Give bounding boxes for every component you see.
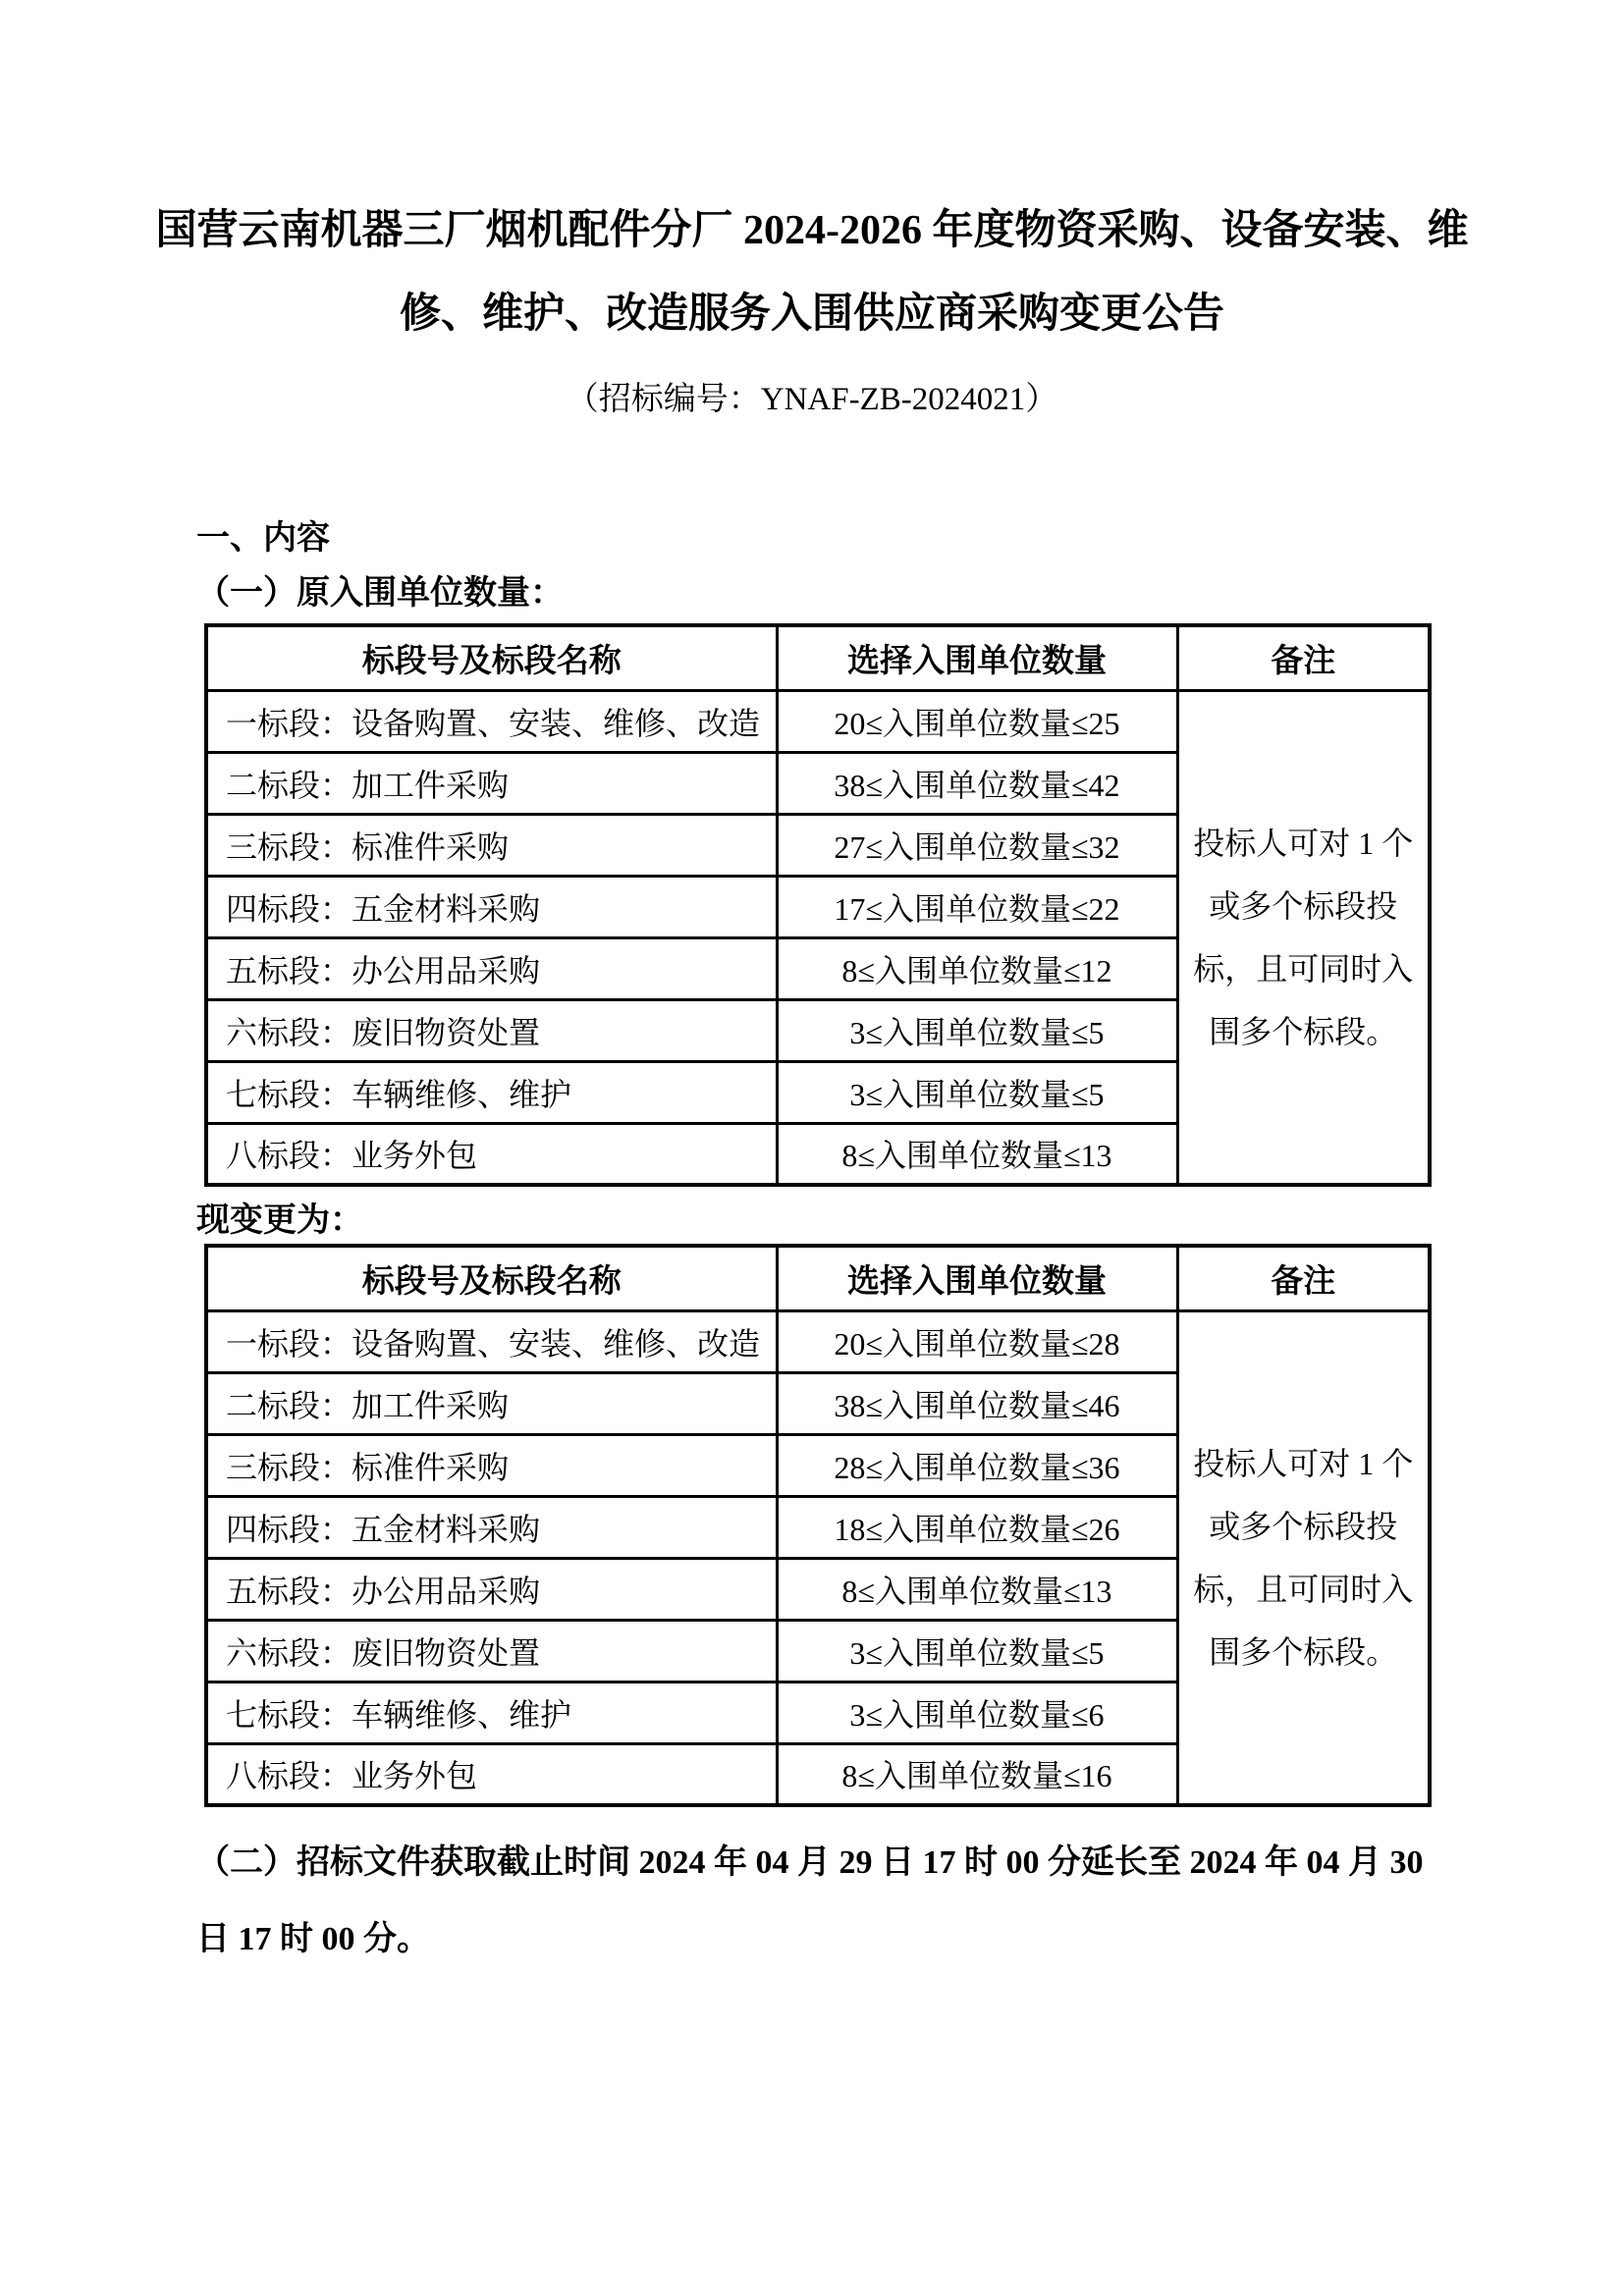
title-line-1: 国营云南机器三厂烟机配件分厂 2024-2026 年度物资采购、设备安装、维 xyxy=(0,189,1624,273)
remark-line: 标，且可同时入 xyxy=(1179,1558,1429,1621)
quota-cell: 3≤入围单位数量≤5 xyxy=(777,1061,1177,1123)
change-label: 现变更为： xyxy=(196,1201,1428,1242)
quota-cell: 38≤入围单位数量≤46 xyxy=(777,1372,1177,1434)
header-lot-name: 标段号及标段名称 xyxy=(206,625,777,690)
quota-cell: 3≤入围单位数量≤5 xyxy=(777,999,1177,1061)
lot-name-cell: 一标段：设备购置、安装、维修、改造 xyxy=(206,1310,777,1372)
header-remark: 备注 xyxy=(1177,625,1430,690)
lot-name-cell: 三标段：标准件采购 xyxy=(206,1434,777,1496)
quota-cell: 28≤入围单位数量≤36 xyxy=(777,1434,1177,1496)
lot-name-cell: 八标段：业务外包 xyxy=(206,1743,777,1805)
lot-name-cell: 六标段：废旧物资处置 xyxy=(206,999,777,1061)
document-title: 国营云南机器三厂烟机配件分厂 2024-2026 年度物资采购、设备安装、维 修… xyxy=(0,0,1624,356)
remark-cell: 投标人可对 1 个 或多个标段投 标，且可同时入 围多个标段。 xyxy=(1177,690,1430,1185)
quota-cell: 17≤入围单位数量≤22 xyxy=(777,876,1177,937)
remark-line: 围多个标段。 xyxy=(1179,1621,1429,1683)
footer-note: （二）招标文件获取截止时间 2024 年 04 月 29 日 17 时 00 分… xyxy=(196,1825,1428,1978)
remark-line: 或多个标段投 xyxy=(1179,1495,1429,1558)
quota-cell: 20≤入围单位数量≤28 xyxy=(777,1310,1177,1372)
quota-cell: 8≤入围单位数量≤13 xyxy=(777,1558,1177,1620)
lot-name-cell: 一标段：设备购置、安装、维修、改造 xyxy=(206,690,777,752)
remark-line: 投标人可对 1 个 xyxy=(1179,1432,1429,1495)
lot-name-cell: 七标段：车辆维修、维护 xyxy=(206,1061,777,1123)
changed-quota-table: 标段号及标段名称 选择入围单位数量 备注 一标段：设备购置、安装、维修、改造 2… xyxy=(204,1244,1432,1807)
table-header-row: 标段号及标段名称 选择入围单位数量 备注 xyxy=(206,625,1430,690)
remark-line: 围多个标段。 xyxy=(1179,1000,1429,1063)
quota-cell: 27≤入围单位数量≤32 xyxy=(777,814,1177,876)
table-header-row: 标段号及标段名称 选择入围单位数量 备注 xyxy=(206,1246,1430,1310)
remark-line: 投标人可对 1 个 xyxy=(1179,812,1429,875)
document-body: 一、内容 （一）原入围单位数量： 标段号及标段名称 选择入围单位数量 备注 一标… xyxy=(196,517,1428,1978)
quota-cell: 18≤入围单位数量≤26 xyxy=(777,1496,1177,1558)
bid-number: （招标编号：YNAF-ZB-2024021） xyxy=(0,380,1624,419)
header-lot-name: 标段号及标段名称 xyxy=(206,1246,777,1310)
table-row: 一标段：设备购置、安装、维修、改造 20≤入围单位数量≤25 投标人可对 1 个… xyxy=(206,690,1430,752)
header-remark: 备注 xyxy=(1177,1246,1430,1310)
lot-name-cell: 二标段：加工件采购 xyxy=(206,752,777,814)
quota-cell: 20≤入围单位数量≤25 xyxy=(777,690,1177,752)
quota-cell: 3≤入围单位数量≤6 xyxy=(777,1682,1177,1743)
lot-name-cell: 六标段：废旧物资处置 xyxy=(206,1620,777,1682)
lot-name-cell: 八标段：业务外包 xyxy=(206,1123,777,1185)
subsection-heading-original: （一）原入围单位数量： xyxy=(196,572,1428,615)
table-row: 一标段：设备购置、安装、维修、改造 20≤入围单位数量≤28 投标人可对 1 个… xyxy=(206,1310,1430,1372)
title-line-2: 修、维护、改造服务入围供应商采购变更公告 xyxy=(0,273,1624,356)
lot-name-cell: 二标段：加工件采购 xyxy=(206,1372,777,1434)
lot-name-cell: 五标段：办公用品采购 xyxy=(206,1558,777,1620)
footer-line-2: 日 17 时 00 分。 xyxy=(196,1901,1428,1978)
section-heading: 一、内容 xyxy=(196,517,1428,561)
lot-name-cell: 七标段：车辆维修、维护 xyxy=(206,1682,777,1743)
quota-cell: 8≤入围单位数量≤13 xyxy=(777,1123,1177,1185)
quota-cell: 8≤入围单位数量≤16 xyxy=(777,1743,1177,1805)
remark-line: 标，且可同时入 xyxy=(1179,937,1429,1000)
lot-name-cell: 五标段：办公用品采购 xyxy=(206,937,777,999)
remark-cell: 投标人可对 1 个 或多个标段投 标，且可同时入 围多个标段。 xyxy=(1177,1310,1430,1805)
quota-cell: 3≤入围单位数量≤5 xyxy=(777,1620,1177,1682)
footer-line-1: （二）招标文件获取截止时间 2024 年 04 月 29 日 17 时 00 分… xyxy=(196,1825,1428,1901)
header-quota: 选择入围单位数量 xyxy=(777,625,1177,690)
quota-cell: 8≤入围单位数量≤12 xyxy=(777,937,1177,999)
original-quota-table: 标段号及标段名称 选择入围单位数量 备注 一标段：设备购置、安装、维修、改造 2… xyxy=(204,623,1432,1187)
lot-name-cell: 四标段：五金材料采购 xyxy=(206,1496,777,1558)
lot-name-cell: 四标段：五金材料采购 xyxy=(206,876,777,937)
quota-cell: 38≤入围单位数量≤42 xyxy=(777,752,1177,814)
remark-line: 或多个标段投 xyxy=(1179,875,1429,937)
header-quota: 选择入围单位数量 xyxy=(777,1246,1177,1310)
document-page: 国营云南机器三厂烟机配件分厂 2024-2026 年度物资采购、设备安装、维 修… xyxy=(0,0,1624,2296)
lot-name-cell: 三标段：标准件采购 xyxy=(206,814,777,876)
